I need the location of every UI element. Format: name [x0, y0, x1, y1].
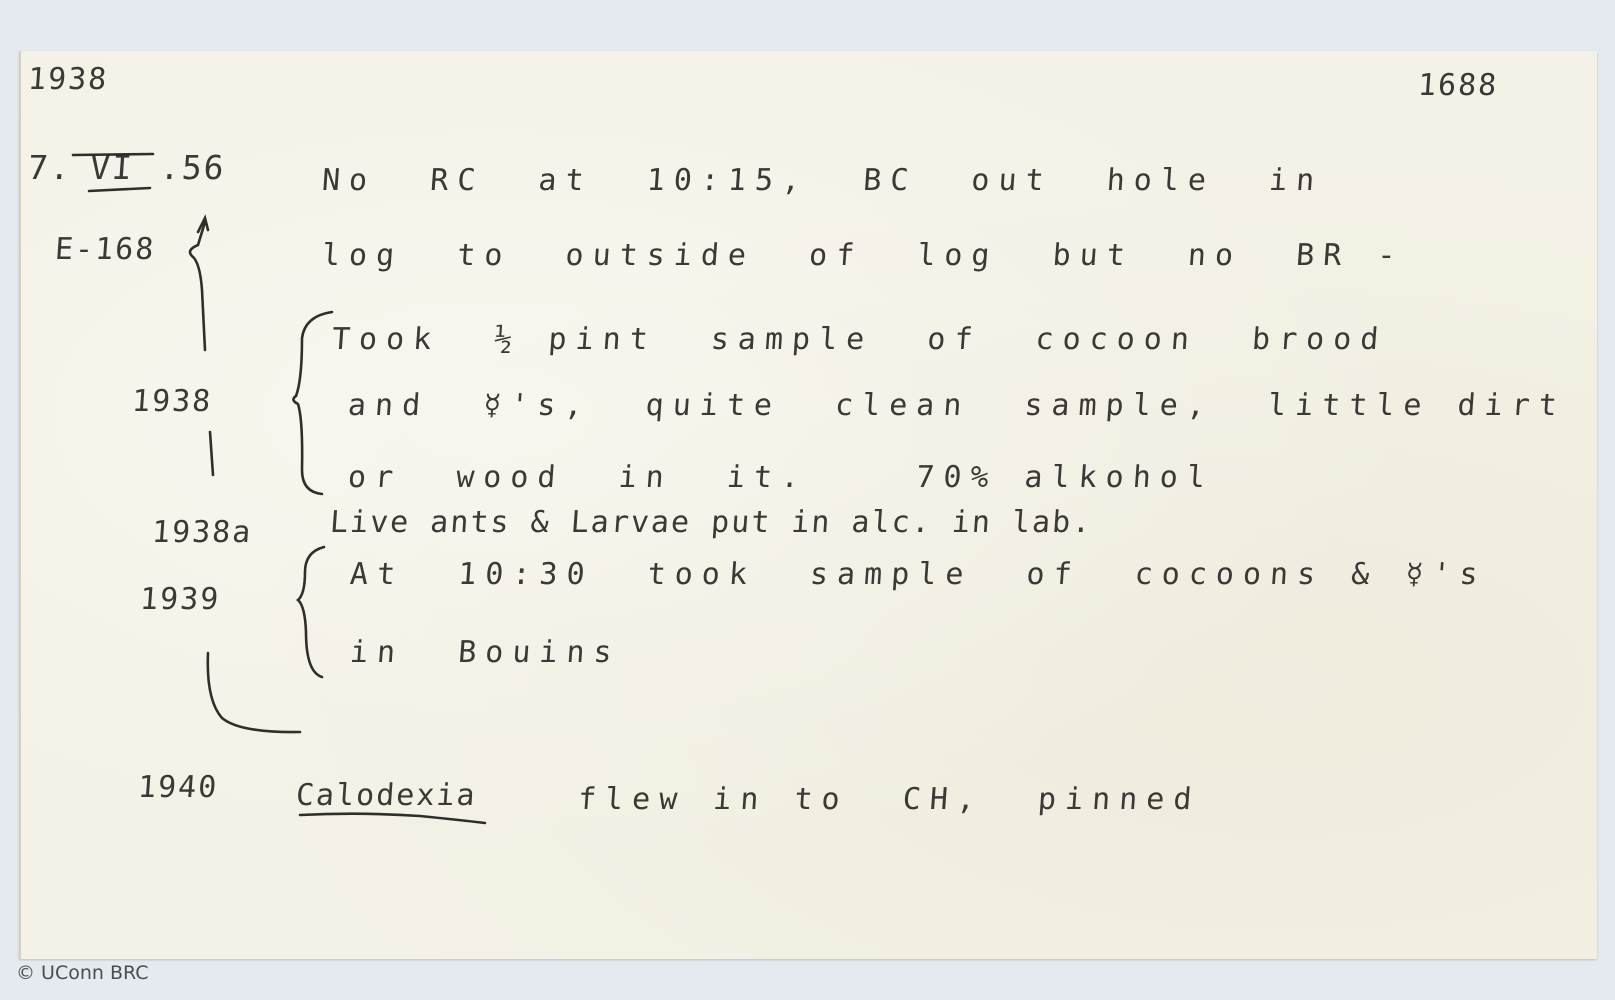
entry-line: flew in to CH, pinned — [577, 782, 1202, 817]
colony-code: E-168 — [54, 232, 157, 267]
entry-line: Took ½ pint sample of cocoon brood — [331, 322, 1389, 357]
entry-line: and ☿'s, quite clean sample, little dirt — [347, 388, 1567, 423]
margin-label-1940: 1940 — [137, 770, 220, 805]
entry-line: or wood in it. 70% alkohol — [347, 460, 1215, 495]
margin-label-1939: 1939 — [139, 582, 222, 617]
entry-line: Live ants & Larvae put in alc. in lab. — [329, 505, 1094, 540]
entry-line: log to outside of log but no BR - — [321, 238, 1406, 273]
card-number: 1688 — [1417, 68, 1500, 103]
date-year: .56 — [159, 148, 227, 187]
date-day: 7. — [27, 148, 73, 187]
entry-line: in Bouins — [349, 635, 622, 670]
entry-line: At 10:30 took sample of cocoons & ☿'s — [349, 557, 1488, 592]
margin-label-1938a: 1938a — [151, 515, 254, 550]
copyright-credit: © UConn BRC — [16, 962, 149, 984]
year-top-left: 1938 — [27, 62, 110, 97]
margin-label-1938: 1938 — [131, 384, 214, 419]
genus-name: Calodexia — [295, 778, 478, 813]
date-month: VI — [89, 148, 135, 187]
entry-line: No RC at 10:15, BC out hole in — [321, 163, 1325, 198]
